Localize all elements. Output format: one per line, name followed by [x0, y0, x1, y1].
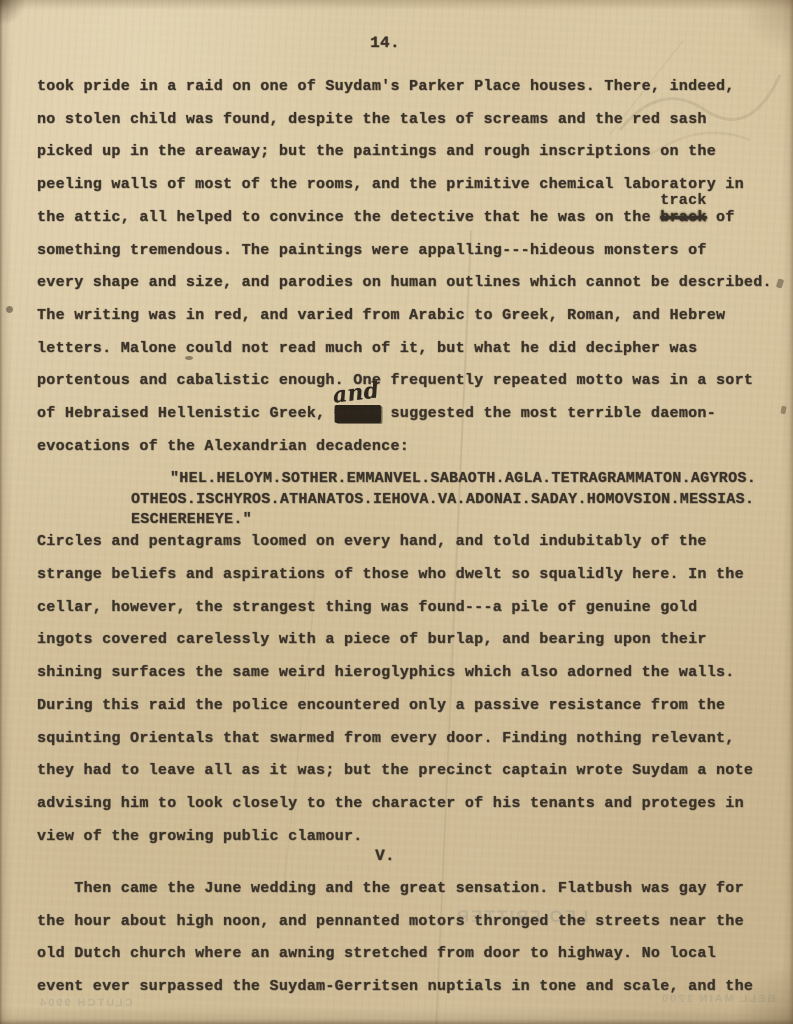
typed-line: view of the growing public clamour. [37, 828, 363, 846]
blotted-out-word: whichand [335, 405, 382, 423]
inserted-correction: track [660, 193, 707, 208]
typed-line: event ever surpassed the Suydam-Gerritse… [37, 978, 753, 996]
typed-line: portentous and cabalistic enough. One fr… [37, 372, 753, 390]
page-number: 14. [0, 34, 770, 53]
typed-line: they had to leave all as it was; but the… [37, 762, 753, 780]
incantation-line: ESCHEREHEYE." [131, 511, 252, 529]
typed-line: picked up in the areaway; but the painti… [37, 143, 716, 161]
handwritten-correction: and [332, 379, 381, 407]
typed-line: ingots covered carelessly with a piece o… [37, 631, 707, 649]
typed-line: advising him to look closely to the char… [37, 795, 744, 813]
typed-line: of Hebraised Hellenistic Greek, whichand… [37, 405, 716, 423]
typed-line: Circles and pentagrams loomed on every h… [37, 533, 707, 551]
typed-line: something tremendous. The paintings were… [37, 242, 707, 260]
struck-out-word: bracktrack [660, 209, 707, 227]
ink-stain [780, 406, 786, 415]
typed-text: suggested the most terrible daemon- [381, 405, 716, 423]
typed-text: of Hebraised Hellenistic Greek, [37, 405, 335, 423]
typed-line: During this raid the police encountered … [37, 697, 725, 715]
section-heading: V. [0, 847, 770, 866]
typed-line: strange beliefs and aspirations of those… [37, 566, 744, 584]
typed-text: of [707, 209, 735, 227]
typed-line: the attic, all helped to convince the de… [37, 209, 735, 227]
ink-stain [776, 278, 784, 288]
typed-text: the attic, all helped to convince the de… [37, 209, 660, 227]
typed-line: squinting Orientals that swarmed from ev… [37, 730, 735, 748]
bleed-through-text: CLUTCH 9904 [38, 998, 133, 1009]
typed-line: shining surfaces the same weird hierogly… [37, 664, 735, 682]
typed-line: old Dutch church where an awning stretch… [37, 945, 716, 963]
typed-line: no stolen child was found, despite the t… [37, 111, 707, 129]
typed-line: evocations of the Alexandrian decadence: [37, 438, 409, 456]
typed-line: cellar, however, the strangest thing was… [37, 599, 697, 617]
manuscript-page: 14.took pride in a raid on one of Suydam… [0, 0, 793, 1024]
incantation-line: OTHEOS.ISCHYROS.ATHANATOS.IEHOVA.VA.ADON… [131, 491, 754, 509]
ink-stain [6, 306, 13, 313]
typed-line: The writing was in red, and varied from … [37, 307, 725, 325]
typed-line: the hour about high noon, and pennanted … [37, 913, 744, 931]
incantation-line: "HEL.HELOYM.SOTHER.EMMANVEL.SABAOTH.AGLA… [170, 470, 756, 488]
typed-line: letters. Malone could not read much of i… [37, 340, 697, 358]
typed-line: every shape and size, and parodies on hu… [37, 274, 772, 292]
typed-line: peeling walls of most of the rooms, and … [37, 176, 744, 194]
typed-line: Then came the June wedding and the great… [37, 880, 744, 898]
typed-line: took pride in a raid on one of Suydam's … [37, 78, 735, 96]
